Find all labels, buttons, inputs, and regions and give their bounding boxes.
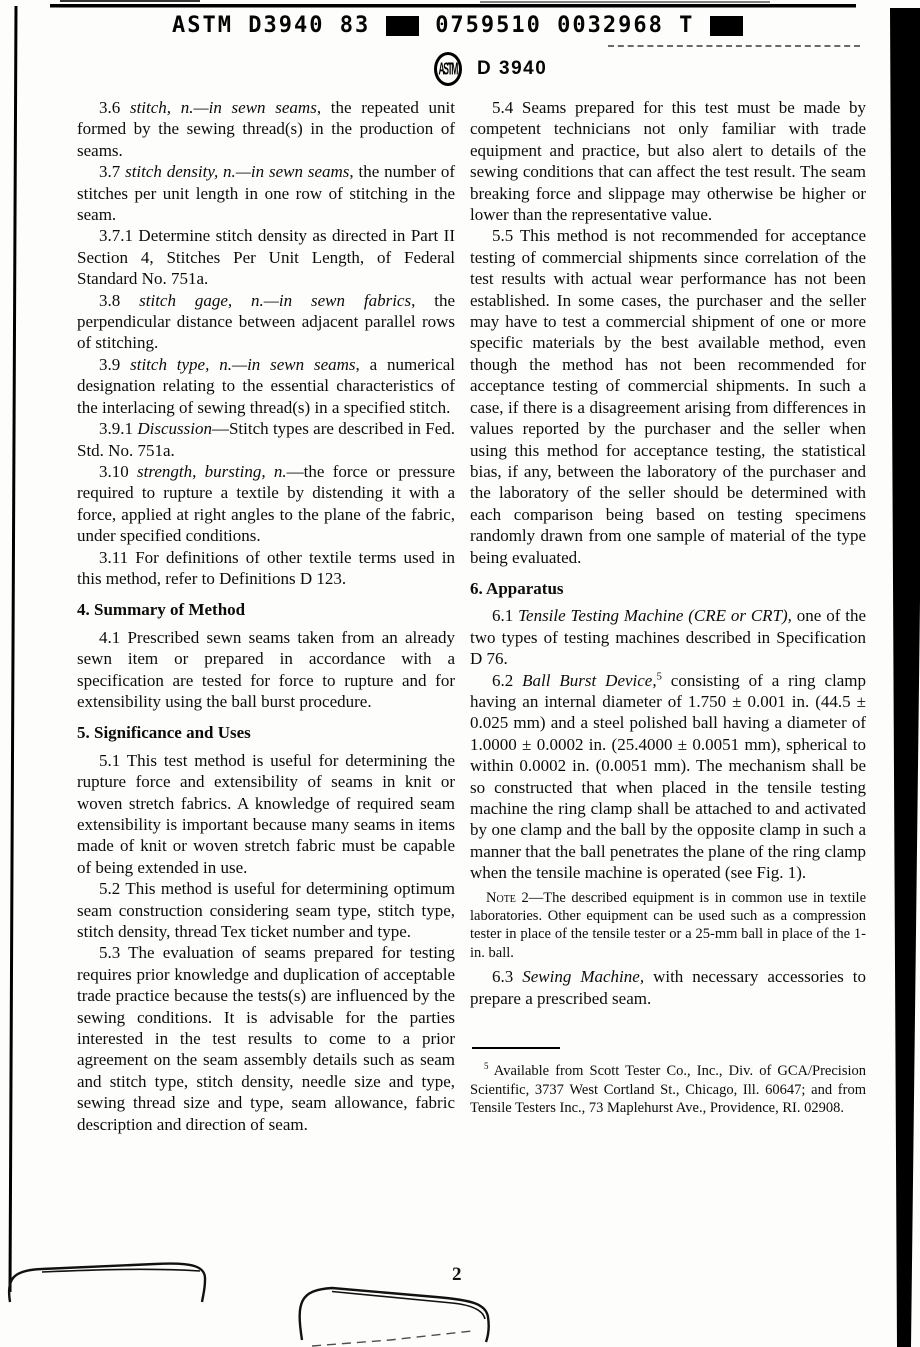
paragraph: 3.7 stitch density, n.—in sewn seams, th… [77, 161, 455, 225]
text-run: 6.3 [492, 967, 522, 986]
text-run: Sewing Machine, [522, 967, 644, 986]
fill-block-icon [710, 16, 743, 36]
astm-logo-icon: ASTM [434, 52, 462, 86]
scanned-document-page: ASTM D3940 83 0759510 0032968 T ASTM D 3… [0, 0, 920, 1347]
note-text: Note 2—The described equipment is in com… [470, 889, 866, 963]
bottom-curl-left-inner [42, 1269, 200, 1272]
top-border-mark [60, 0, 200, 2]
text-run: Tensile Testing Machine (CRE or CRT), [518, 606, 792, 625]
paragraph: 5.4 Seams prepared for this test must be… [470, 97, 866, 225]
document-designation-row: ASTM D 3940 [434, 52, 547, 86]
text-run: 3.9.1 [99, 419, 137, 438]
paragraph: 3.9.1 Discussion—Stitch types are descri… [77, 418, 455, 461]
text-run: strength, bursting, n. [137, 462, 287, 481]
text-run: 6.2 [492, 671, 522, 690]
astm-logo-text: ASTM [439, 60, 458, 79]
fill-block-icon [386, 16, 419, 36]
text-run: 3.9 [99, 355, 130, 374]
text-run: 3.11 For definitions of other textile te… [77, 548, 455, 588]
text-run: stitch, n.—in sewn seams [130, 98, 317, 117]
text-run: 3.7.1 Determine stitch density as direct… [77, 226, 455, 288]
text-run: Ball Burst Device, [522, 671, 656, 690]
text-run: 5.4 Seams prepared for this test must be… [470, 98, 866, 224]
text-run: 6.1 [492, 606, 518, 625]
machine-text-right: 0759510 0032968 T [435, 13, 694, 38]
text-run: consisting of a ring clamp having an int… [470, 671, 866, 883]
footnote-rule [472, 1047, 560, 1049]
footnote-text: 5 Available from Scott Tester Co., Inc.,… [470, 1062, 866, 1118]
paragraph: 3.10 strength, bursting, n.—the force or… [77, 461, 455, 547]
bottom-curl-left [9, 1264, 205, 1302]
paragraph: 6.2 Ball Burst Device,5 consisting of a … [470, 670, 866, 884]
bottom-curl-center [300, 1288, 489, 1342]
text-run: 3.10 [99, 462, 137, 481]
text-run: 3.7 [99, 162, 125, 181]
text-run: stitch gage, n.—in sewn fabrics [139, 291, 411, 310]
bottom-curl-dashes [312, 1331, 472, 1346]
paragraph: 5.2 This method is useful for determinin… [77, 878, 455, 942]
page-number: 2 [452, 1264, 462, 1286]
machine-text-left: ASTM D3940 83 [172, 13, 370, 38]
text-run: 4.1 Prescribed sewn seams taken from an … [77, 628, 455, 711]
text-run: 6. Apparatus [470, 579, 564, 598]
right-column: 5.4 Seams prepared for this test must be… [470, 97, 866, 1135]
section-heading: 6. Apparatus [470, 578, 866, 599]
text-run: 3.8 [99, 291, 139, 310]
text-run: 5.3 The evaluation of seams prepared for… [77, 943, 455, 1133]
paragraph: 3.8 stitch gage, n.—in sewn fabrics, the… [77, 290, 455, 354]
paragraph: 3.11 For definitions of other textile te… [77, 547, 455, 590]
document-body: 3.6 stitch, n.—in sewn seams, the repeat… [77, 97, 866, 1135]
text-run: 3.6 [99, 98, 130, 117]
paragraph: 6.3 Sewing Machine, with necessary acces… [470, 966, 866, 1009]
paragraph: 3.6 stitch, n.—in sewn seams, the repeat… [77, 97, 455, 161]
section-heading: 4. Summary of Method [77, 599, 455, 620]
top-border-mark2 [480, 1, 770, 3]
paragraph: 6.1 Tensile Testing Machine (CRE or CRT)… [470, 605, 866, 669]
text-run: 5.2 This method is useful for determinin… [77, 879, 455, 941]
text-run: stitch density, n.—in sewn seams [125, 162, 349, 181]
text-run: Discussion [137, 419, 212, 438]
text-run: 5.5 This method is not recommended for a… [470, 226, 866, 566]
paragraph: 3.9 stitch type, n.—in sewn seams, a num… [77, 354, 455, 418]
text-run: Available from Scott Tester Co., Inc., D… [470, 1063, 866, 1116]
left-border-line [10, 6, 16, 1292]
paragraph: 3.7.1 Determine stitch density as direct… [77, 225, 455, 289]
machine-print-header: ASTM D3940 83 0759510 0032968 T [172, 13, 743, 38]
top-border-line [50, 4, 856, 8]
text-run: 5. Significance and Uses [77, 723, 251, 742]
text-run: stitch type, n.—in sewn seams [130, 355, 355, 374]
section-heading: 5. Significance and Uses [77, 722, 455, 743]
left-column: 3.6 stitch, n.—in sewn seams, the repeat… [77, 97, 455, 1135]
text-run: 4. Summary of Method [77, 600, 245, 619]
bottom-curl-center-inner [332, 1292, 485, 1320]
paragraph: 5.5 This method is not recommended for a… [470, 225, 866, 568]
paragraph: 4.1 Prescribed sewn seams taken from an … [77, 627, 455, 713]
paragraph: 5.3 The evaluation of seams prepared for… [77, 942, 455, 1135]
document-code: D 3940 [477, 58, 547, 80]
paragraph: 5.1 This test method is useful for deter… [77, 750, 455, 878]
text-run: 2—The described equipment is in common u… [470, 890, 866, 961]
right-edge-bar [890, 8, 920, 1347]
header-dashed-artifact [608, 45, 860, 47]
text-run: Note [486, 890, 516, 906]
text-run: 5.1 This test method is useful for deter… [77, 751, 455, 877]
